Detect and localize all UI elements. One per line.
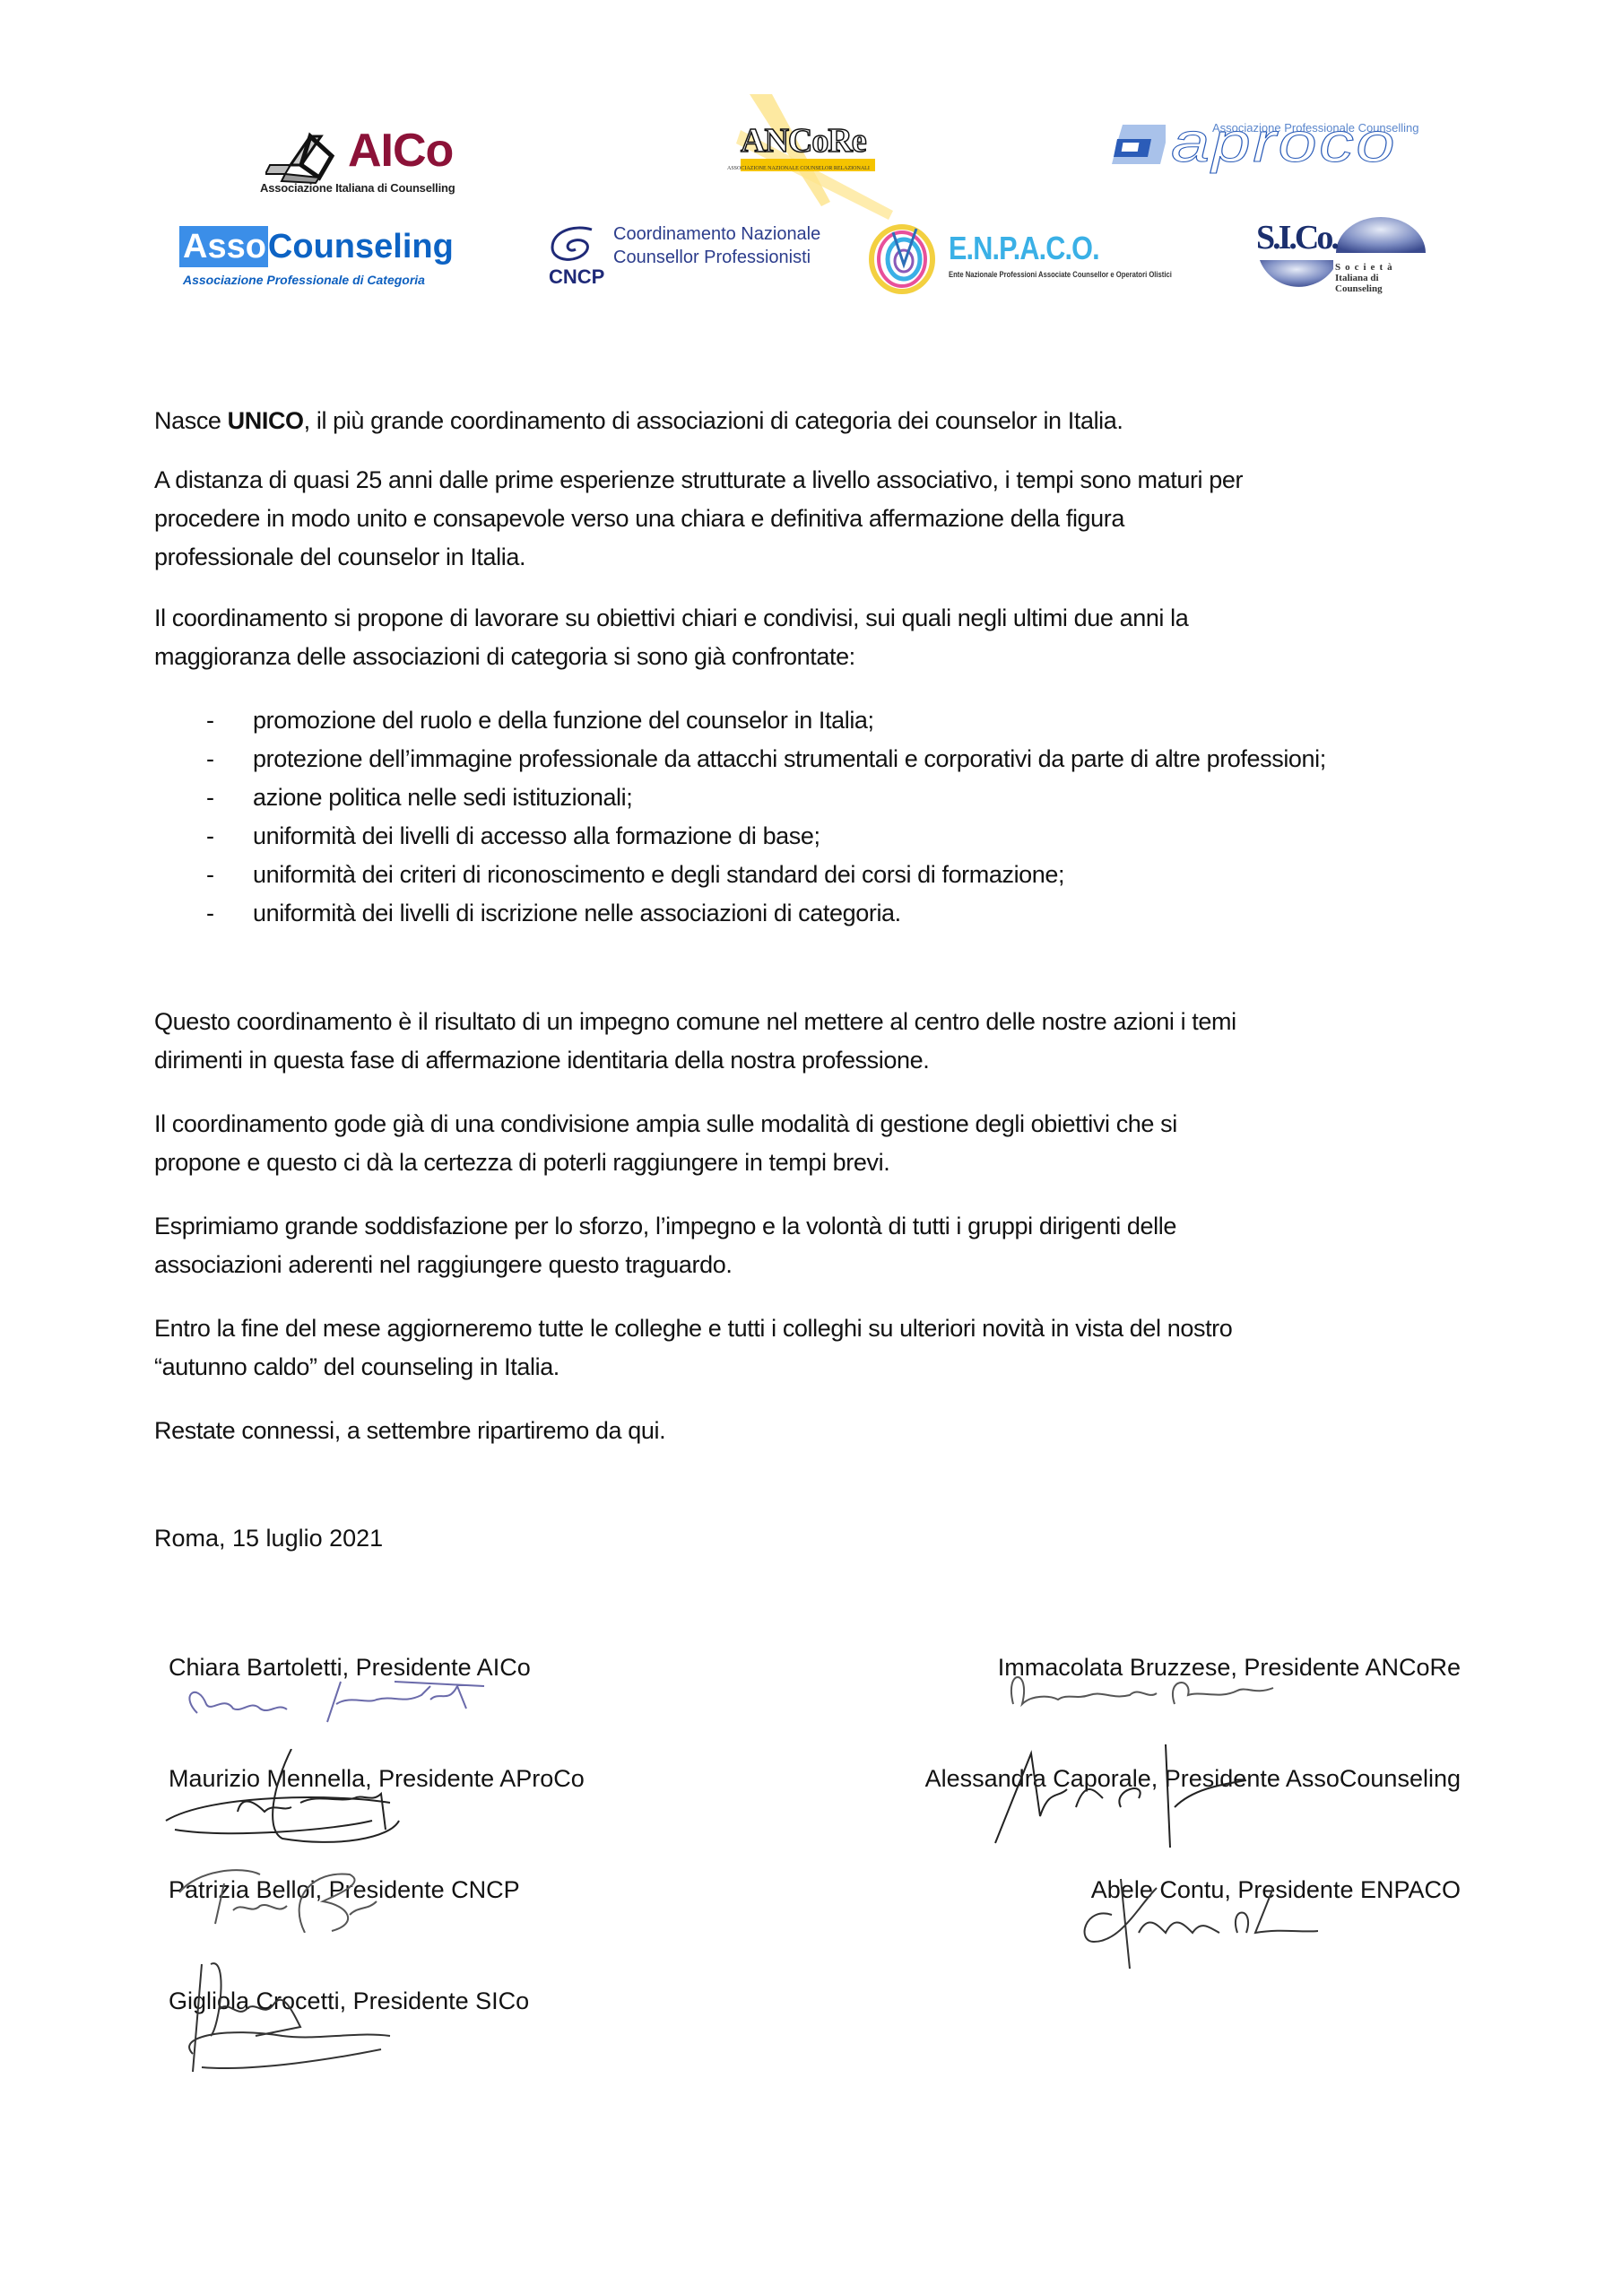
assocounseling-name-rest: Counseling [268,228,454,265]
paragraph-6: Esprimiamo grande soddisfazione per lo s… [154,1207,1553,1284]
list-item-text: uniformità dei livelli di iscrizione nel… [253,900,901,926]
intro-paragraph: Nasce UNICO, il più grande coordinamento… [154,402,1553,440]
signatory-aico: Chiara Bartoletti, Presidente AICo [169,1654,531,1682]
paragraph-3: Il coordinamento si propone di lavorare … [154,599,1553,676]
signatory-cncp: Patrizia Belloi, Presidente CNCP [169,1876,520,1904]
list-item: -uniformità dei livelli di accesso alla … [154,817,1553,856]
signatory-ancore: Immacolata Bruzzese, Presidente ANCoRe [998,1654,1461,1682]
assocounseling-name-highlight: Asso [179,226,268,267]
signature-bartoletti-icon [170,1677,547,1731]
dash-marker: - [206,740,214,778]
paragraph-7: Entro la fine del mese aggiorneremo tutt… [154,1309,1553,1387]
p6-line: Esprimiamo grande soddisfazione per lo s… [154,1207,1553,1246]
list-item: -uniformità dei livelli di iscrizione ne… [154,894,1553,933]
enpaco-name: E.N.P.A.C.O. [949,232,1099,265]
dash-marker: - [206,817,214,856]
sico-sub1: Società [1335,262,1397,273]
ancore-subtitle: ASSOCIAZIONE NAZIONALE COUNSELOR RELAZIO… [727,166,870,171]
assocounseling-subtitle: Associazione Professionale di Categoria [183,273,425,287]
enpaco-logo: E.N.P.A.C.O. Ente Nazionale Professioni … [866,220,1189,295]
aproco-emblem-icon [1112,125,1166,164]
aico-name: AICo [348,127,453,174]
cncp-line2: Counsellor Professionisti [613,248,811,268]
paragraph-2: A distanza di quasi 25 anni dalle prime … [154,461,1553,577]
sico-name: S.I.Co. [1256,221,1337,255]
ancore-name: ANCoRe [741,121,866,161]
p2-line: professionale del counselor in Italia. [154,538,1553,577]
p5-line: propone e questo ci dà la certezza di po… [154,1144,1553,1182]
aproco-logo: Associazione Professionale Counselling a… [1112,112,1417,184]
cncp-spiral-icon [547,224,601,269]
paragraph-8: Restate connessi, a settembre ripartirem… [154,1412,1553,1450]
paragraph-5: Il coordinamento gode già di una condivi… [154,1105,1553,1182]
cncp-abbr: CNCP [549,265,604,289]
signatory-enpaco: Abele Contu, Presidente ENPACO [1091,1876,1461,1904]
p2-line: procedere in modo unito e consapevole ve… [154,500,1553,538]
assocounseling-name: AssoCounseling [179,230,454,264]
aico-emblem-icon [265,131,337,185]
p7-line: Entro la fine del mese aggiorneremo tutt… [154,1309,1553,1348]
signatory-assocounseling: Alessandra Caporale, Presidente AssoCoun… [925,1765,1461,1793]
date-line: Roma, 15 luglio 2021 [154,1525,383,1552]
ancore-logo: ANCoRe ASSOCIAZIONE NAZIONALE COUNSELOR … [723,94,893,229]
dash-marker: - [206,778,214,817]
p7-line: “autunno caldo” del counseling in Italia… [154,1348,1553,1387]
aproco-name: aproco [1171,116,1397,171]
cncp-logo: CNCP Coordinamento Nazionale Counsellor … [547,224,834,296]
intro-bold-unico: UNICO [228,407,304,434]
dash-marker: - [206,894,214,933]
assocounseling-logo: AssoCounseling Associazione Professional… [179,230,502,292]
list-item-text: uniformità dei livelli di accesso alla f… [253,822,820,849]
p3-line: maggioranza delle associazioni di catego… [154,638,1553,676]
signatory-sico: Gigliola Crocetti, Presidente SICo [169,1987,529,2015]
list-item: -azione politica nelle sedi istituzional… [154,778,1553,817]
aico-subtitle: Associazione Italiana di Counselling [260,181,455,195]
p5-line: Il coordinamento gode già di una condivi… [154,1105,1553,1144]
signature-caporale-icon [986,1735,1255,1852]
enpaco-swirl-icon [866,220,938,295]
aico-logo: AICo Associazione Italiana di Counsellin… [258,108,473,197]
list-item: -protezione dell’immagine professionale … [154,740,1553,778]
p2-line: A distanza di quasi 25 anni dalle prime … [154,461,1553,500]
sico-logo: S.I.Co. Società Italiana di Counseling [1251,215,1430,305]
paragraph-4: Questo coordinamento è il risultato di u… [154,1003,1553,1080]
p6-line: associazioni aderenti nel raggiungere qu… [154,1246,1553,1284]
cncp-line1: Coordinamento Nazionale [613,224,820,245]
signatory-aproco: Maurizio Mennella, Presidente AProCo [169,1765,585,1793]
list-item: -promozione del ruolo e della funzione d… [154,701,1553,740]
sico-sub2: Italiana di [1335,273,1397,283]
p3-line: Il coordinamento si propone di lavorare … [154,599,1553,638]
list-item-text: promozione del ruolo e della funzione de… [253,707,874,734]
enpaco-subtitle: Ente Nazionale Professioni Associate Cou… [949,270,1172,279]
p4-line: dirimenti in questa fase di affermazione… [154,1041,1553,1080]
intro-prefix: Nasce [154,407,228,434]
objectives-list: -promozione del ruolo e della funzione d… [154,701,1553,933]
ancore-rays-icon [723,94,893,229]
list-item-text: azione politica nelle sedi istituzionali… [253,784,632,811]
sico-subtitle: Società Italiana di Counseling [1335,262,1397,294]
p4-line: Questo coordinamento è il risultato di u… [154,1003,1553,1041]
signature-crocetti-icon [175,1955,426,2081]
list-item: -uniformità dei criteri di riconosciment… [154,856,1553,894]
list-item-text: protezione dell’immagine professionale d… [253,745,1326,772]
intro-suffix: , il più grande coordinamento di associa… [304,407,1123,434]
dash-marker: - [206,856,214,894]
sico-sub3: Counseling [1335,283,1397,294]
dash-marker: - [206,701,214,740]
list-item-text: uniformità dei criteri di riconoscimento… [253,861,1064,888]
